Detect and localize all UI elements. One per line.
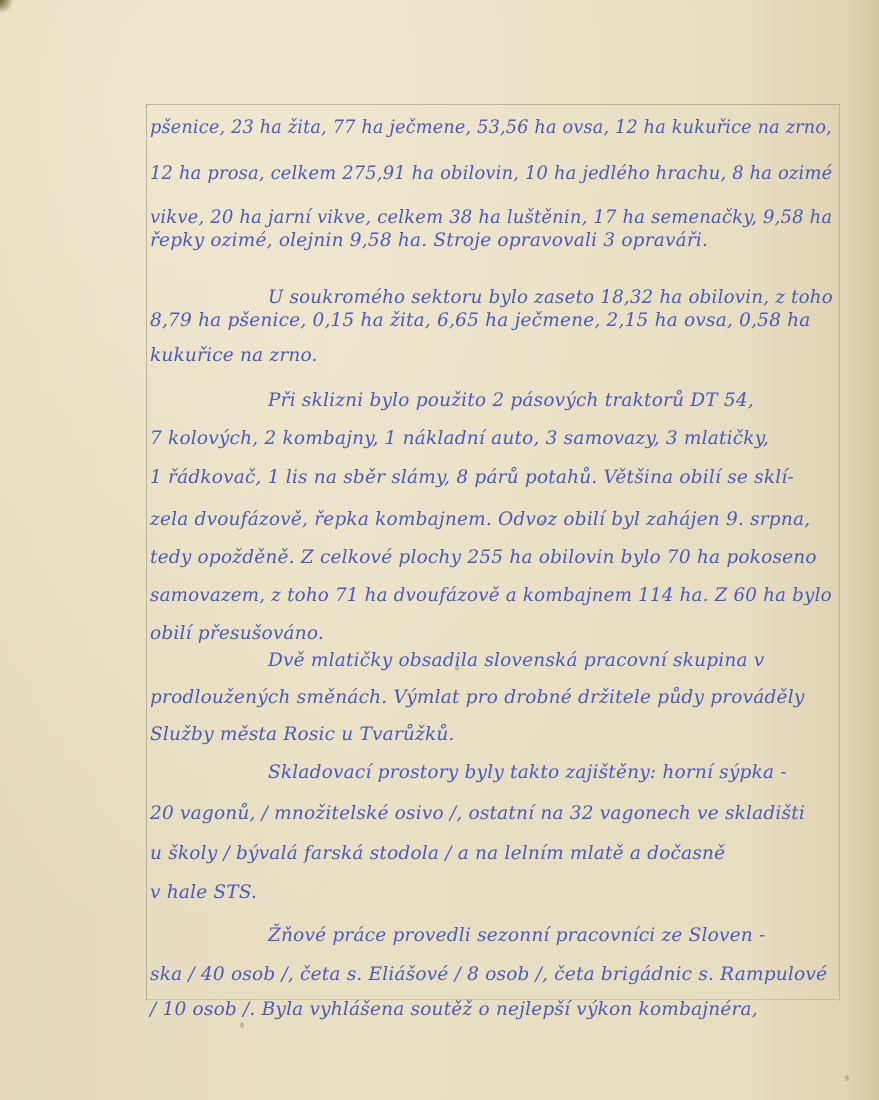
text-line: samovazem, z toho 71 ha dvoufázově a kom…: [150, 585, 832, 606]
text-line: prodloužených směnách. Výmlat pro drobné…: [150, 687, 804, 708]
text-line: obilí přesušováno.: [150, 623, 324, 644]
text-line: zela dvoufázově, řepka kombajnem. Odvoz …: [150, 509, 810, 530]
text-line: 8,79 ha pšenice, 0,15 ha žita, 6,65 ha j…: [150, 310, 811, 331]
paragraph-start-line: U soukromého sektoru bylo zaseto 18,32 h…: [268, 287, 833, 308]
paragraph-start-line: Při sklizni bylo použito 2 pásových trak…: [268, 390, 754, 411]
text-line: u školy / bývalá farská stodola / a na l…: [150, 843, 725, 864]
paragraph-start-line: Skladovací prostory byly takto zajištěny…: [268, 762, 787, 783]
paper-spot: [240, 1022, 244, 1028]
paragraph-start-line: Dvě mlatičky obsadila slovenská pracovní…: [268, 650, 764, 671]
paragraph-start-line: Žňové práce provedli sezonní pracovníci …: [268, 925, 765, 946]
text-line: řepky ozimé, olejnin 9,58 ha. Stroje opr…: [150, 230, 708, 251]
chronicle-page: pšenice, 23 ha žita, 77 ha ječmene, 53,5…: [0, 0, 879, 1100]
text-line: / 10 osob /. Byla vyhlášena soutěž o nej…: [150, 999, 758, 1020]
text-line: v hale STS.: [150, 882, 257, 903]
text-line: 20 vagonů, / množitelské osivo /, ostatn…: [150, 803, 805, 824]
text-line: 7 kolových, 2 kombajny, 1 nákladní auto,…: [150, 428, 769, 449]
text-line: vikve, 20 ha jarní vikve, celkem 38 ha l…: [150, 207, 832, 228]
text-line: Služby města Rosic u Tvarůžků.: [150, 724, 455, 745]
page-corner-shadow: [0, 0, 14, 14]
text-line: tedy opožděně. Z celkové plochy 255 ha o…: [150, 547, 817, 568]
text-line: ska / 40 osob /, četa s. Eliášové / 8 os…: [150, 964, 827, 985]
paper-spot: [845, 1075, 849, 1081]
page-edge-shading: [849, 0, 879, 1100]
text-line: kukuřice na zrno.: [150, 345, 318, 366]
text-line: 12 ha prosa, celkem 275,91 ha obilovin, …: [150, 163, 832, 184]
text-line: pšenice, 23 ha žita, 77 ha ječmene, 53,5…: [150, 117, 832, 138]
text-line: 1 řádkovač, 1 lis na sběr slámy, 8 párů …: [150, 467, 794, 488]
